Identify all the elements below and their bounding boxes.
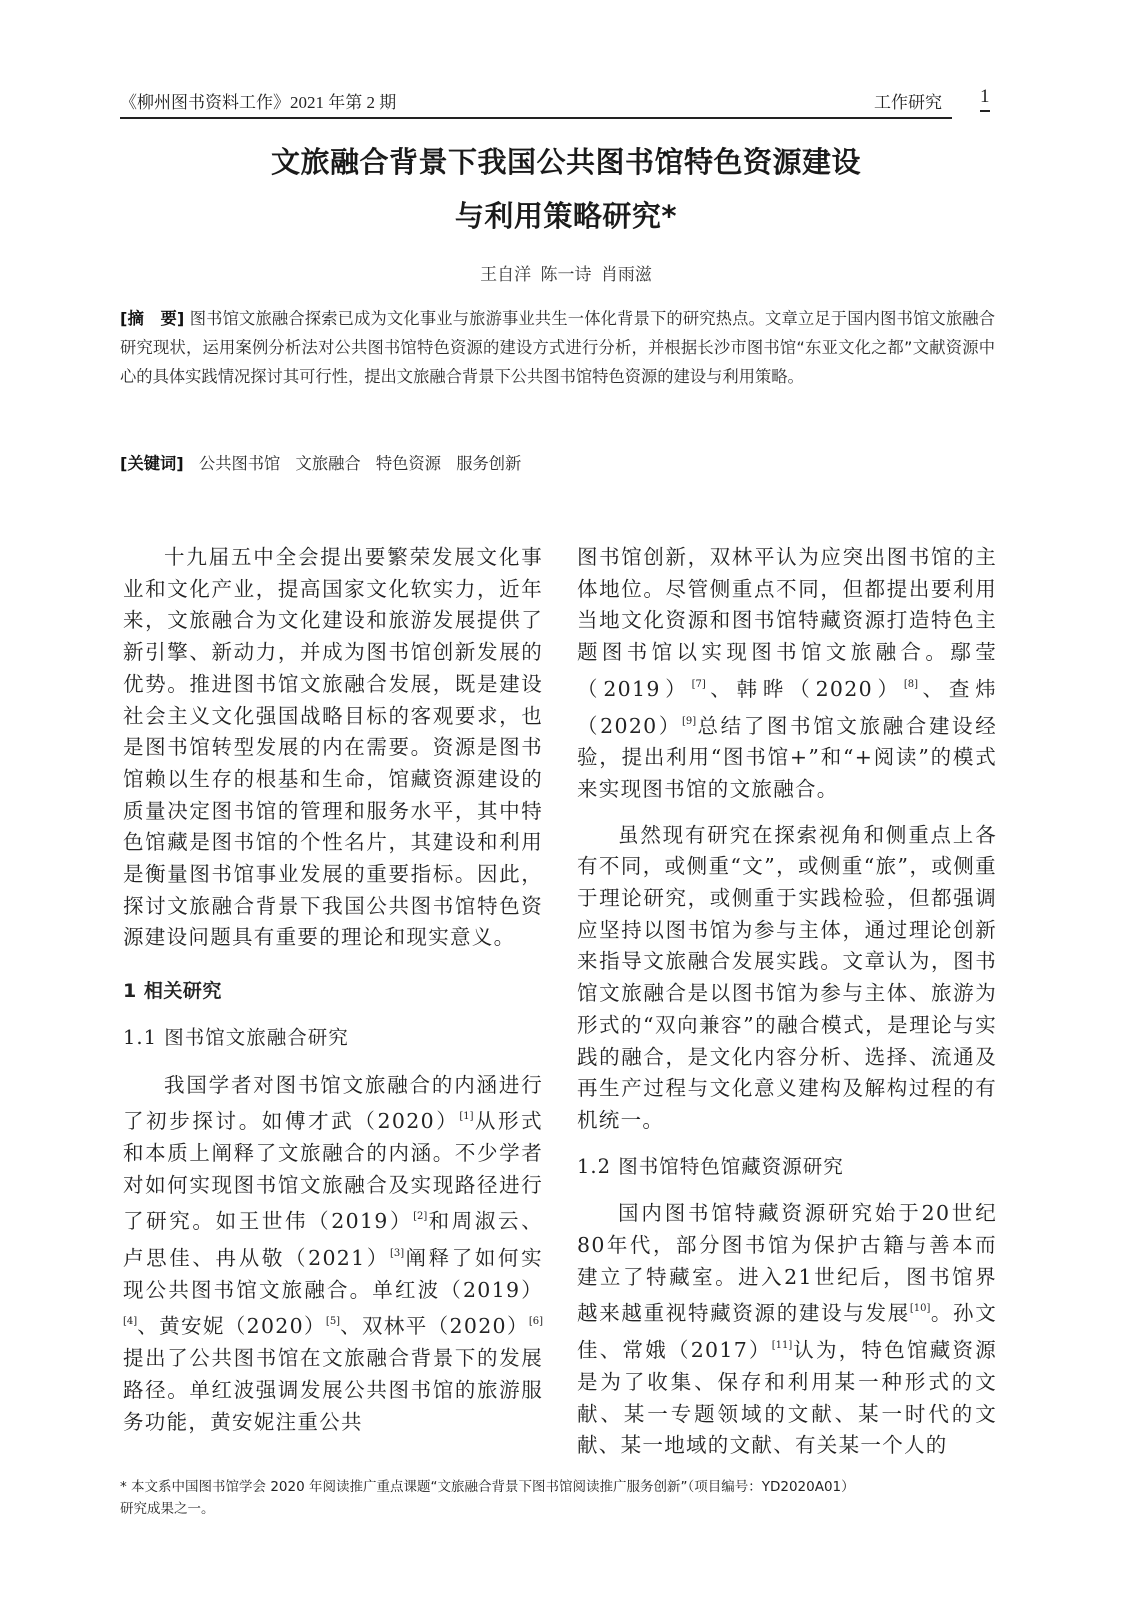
keyword: 特色资源 [376, 454, 441, 473]
citation-ref: [2] [413, 1211, 427, 1222]
abstract-text: 图书馆文旅融合探索已成为文化事业与旅游事业共生一体化背景下的研究热点。文章立足于… [120, 309, 995, 386]
citation-ref: [5] [326, 1316, 340, 1327]
section-heading-1-2: 1.2 图书馆特色馆藏资源研究 [577, 1151, 997, 1183]
section-name: 工作研究 [874, 88, 942, 113]
intro-paragraph: 十九届五中全会提出要繁荣发展文化事业和文化产业，提高国家文化软实力，近年来，文旅… [123, 542, 543, 954]
abstract-label: [摘 要] [120, 309, 184, 328]
text-run: 、韩晔（2020） [706, 677, 904, 701]
body-column-right: 图书馆创新，双林平认为应突出图书馆的主体地位。尽管侧重点不同，但都提出要利用当地… [577, 542, 997, 1462]
citation-ref: [9] [682, 716, 696, 727]
page-number: 1 [980, 86, 990, 112]
authors: 王自洋 陈一诗 肖雨滋 [0, 260, 1132, 285]
keywords: [关键词] 公共图书馆 文旅融合 特色资源 服务创新 [120, 450, 995, 474]
citation-ref: [1] [459, 1111, 473, 1122]
text-run: 、双林平（2020） [340, 1314, 529, 1338]
body-column-left: 十九届五中全会提出要繁荣发展文化事业和文化产业，提高国家文化软实力，近年来，文旅… [123, 542, 543, 1438]
keyword: 服务创新 [456, 454, 521, 473]
paragraph-1-3: 国内图书馆特藏资源研究始于20世纪80年代，部分图书馆为保护古籍与善本而建立了特… [577, 1198, 997, 1462]
citation-ref: [7] [692, 679, 706, 690]
paragraph-1-1-continued: 图书馆创新，双林平认为应突出图书馆的主体地位。尽管侧重点不同，但都提出要利用当地… [577, 542, 997, 806]
section-heading-1: 1 相关研究 [123, 976, 543, 1008]
keyword: 公共图书馆 [199, 454, 280, 473]
footnote: * 本文系中国图书馆学会 2020 年阅读推广重点课题“文旅融合背景下图书馆阅读… [120, 1476, 1000, 1520]
footnote-line1: * 本文系中国图书馆学会 2020 年阅读推广重点课题“文旅融合背景下图书馆阅读… [120, 1476, 1000, 1498]
footnote-line2: 研究成果之一。 [120, 1498, 1000, 1520]
keywords-label: [关键词] [120, 454, 184, 473]
section-heading-1-1: 1.1 图书馆文旅融合研究 [123, 1022, 543, 1054]
text-run: 、黄安妮（2020） [137, 1314, 326, 1338]
paragraph-1-2: 虽然现有研究在探索视角和侧重点上各有不同，或侧重“文”，或侧重“旅”，或侧重于理… [577, 820, 997, 1137]
paragraph-1-1: 我国学者对图书馆文旅融合的内涵进行了初步探讨。如傅才武（2020）[1]从形式和… [123, 1070, 543, 1439]
journal-name: 《柳州图书资料工作》2021 年第 2 期 [120, 88, 396, 113]
text-run: 提出了公共图书馆在文旅融合背景下的发展路径。单红波强调发展公共图书馆的旅游服务功… [123, 1346, 543, 1433]
header-divider [120, 117, 952, 119]
citation-ref: [3] [390, 1248, 404, 1259]
citation-ref: [6] [529, 1316, 543, 1327]
keyword: 文旅融合 [296, 454, 361, 473]
citation-ref: [10] [910, 1303, 931, 1314]
abstract: [摘 要] 图书馆文旅融合探索已成为文化事业与旅游事业共生一体化背景下的研究热点… [120, 304, 995, 391]
article-title-line2: 与利用策略研究* [0, 194, 1132, 235]
citation-ref: [4] [123, 1316, 137, 1327]
citation-ref: [8] [904, 679, 918, 690]
article-title-line1: 文旅融合背景下我国公共图书馆特色资源建设 [0, 140, 1132, 181]
citation-ref: [11] [772, 1340, 793, 1351]
